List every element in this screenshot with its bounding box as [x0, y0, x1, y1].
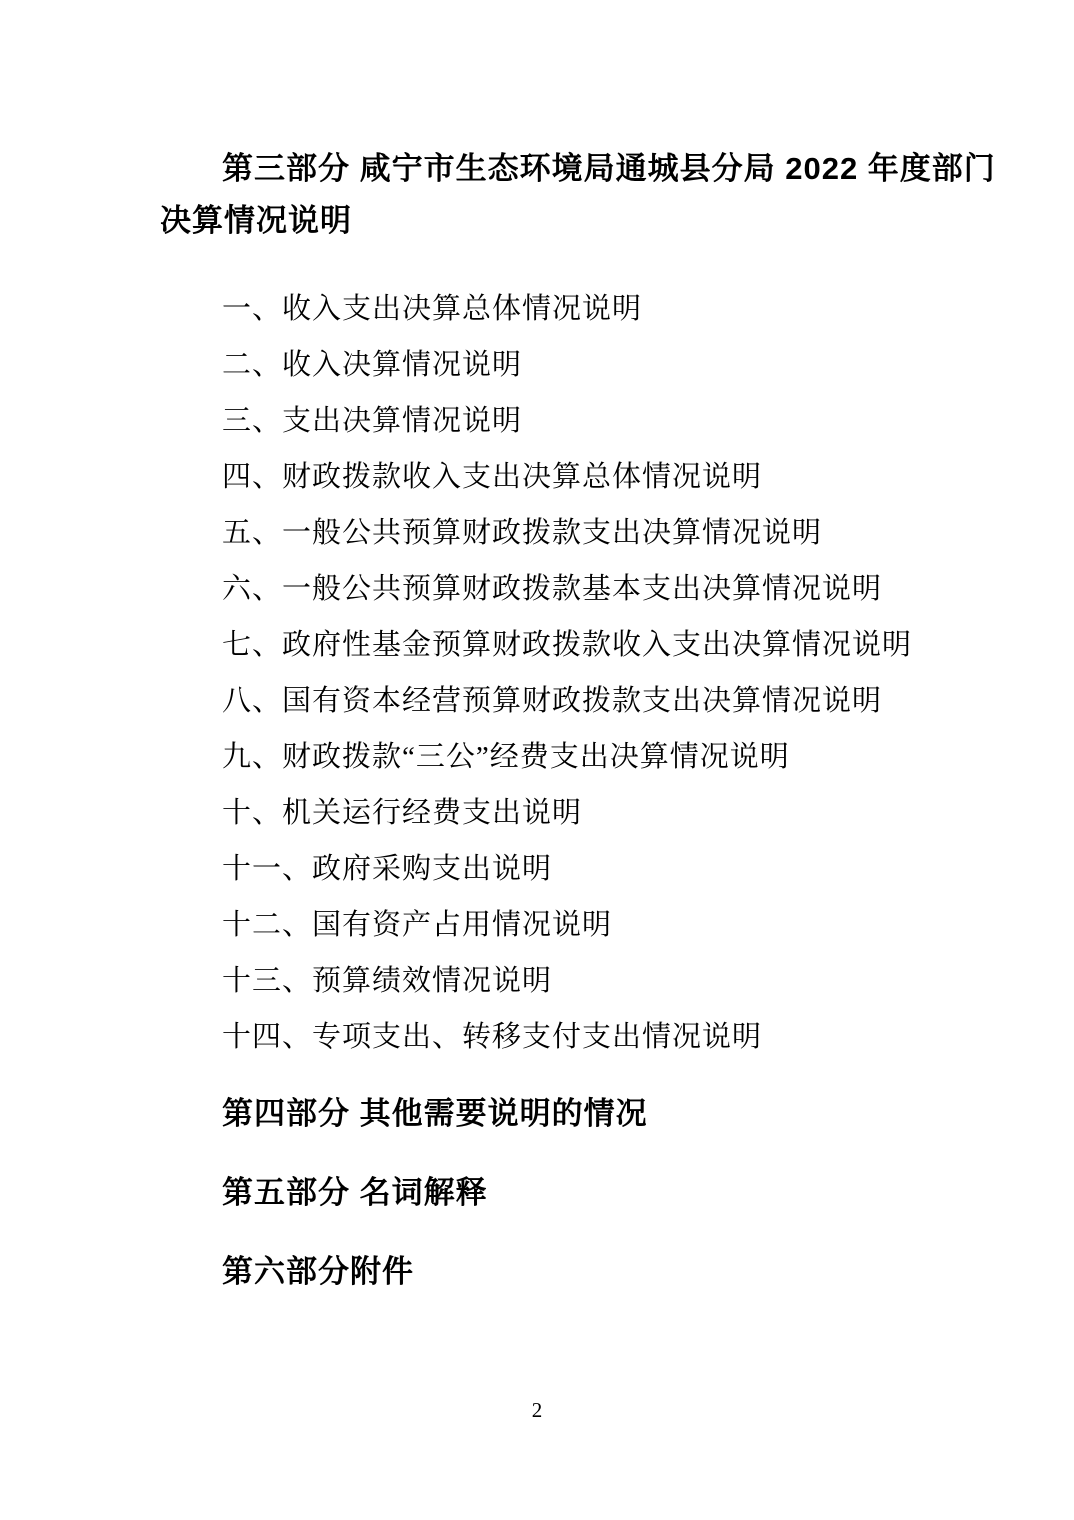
- toc-item-13: 十三、预算绩效情况说明: [160, 953, 934, 1009]
- toc-item-10: 十、机关运行经费支出说明: [160, 785, 934, 841]
- part-heading-5: 第五部分 名词解释: [160, 1167, 934, 1219]
- toc-item-1: 一、收入支出决算总体情况说明: [160, 281, 934, 337]
- toc-item-11: 十一、政府采购支出说明: [160, 841, 934, 897]
- part-heading-6: 第六部分附件: [160, 1246, 934, 1298]
- toc-item-5: 五、一般公共预算财政拨款支出决算情况说明: [160, 505, 934, 561]
- part-heading-4: 第四部分 其他需要说明的情况: [160, 1088, 934, 1140]
- document-title-line-2: 决算情况说明: [160, 195, 934, 247]
- toc-item-4: 四、财政拨款收入支出决算总体情况说明: [160, 449, 934, 505]
- document-page: 第三部分 咸宁市生态环境局通城县分局 2022 年度部门 决算情况说明 一、收入…: [0, 0, 1074, 1520]
- document-title: 第三部分 咸宁市生态环境局通城县分局 2022 年度部门 决算情况说明: [160, 143, 934, 247]
- toc-item-2: 二、收入决算情况说明: [160, 337, 934, 393]
- page-number: 2: [0, 1398, 1074, 1423]
- toc-list: 一、收入支出决算总体情况说明 二、收入决算情况说明 三、支出决算情况说明 四、财…: [160, 281, 934, 1065]
- part-headings: 第四部分 其他需要说明的情况 第五部分 名词解释 第六部分附件: [160, 1088, 934, 1298]
- toc-item-9: 九、财政拨款“三公”经费支出决算情况说明: [160, 729, 934, 785]
- toc-item-8: 八、国有资本经营预算财政拨款支出决算情况说明: [160, 673, 934, 729]
- toc-item-3: 三、支出决算情况说明: [160, 393, 934, 449]
- toc-item-7: 七、政府性基金预算财政拨款收入支出决算情况说明: [160, 617, 934, 673]
- toc-item-6: 六、一般公共预算财政拨款基本支出决算情况说明: [160, 561, 934, 617]
- document-title-line-1: 第三部分 咸宁市生态环境局通城县分局 2022 年度部门: [160, 143, 934, 195]
- toc-item-14: 十四、专项支出、转移支付支出情况说明: [160, 1009, 934, 1065]
- toc-item-12: 十二、国有资产占用情况说明: [160, 897, 934, 953]
